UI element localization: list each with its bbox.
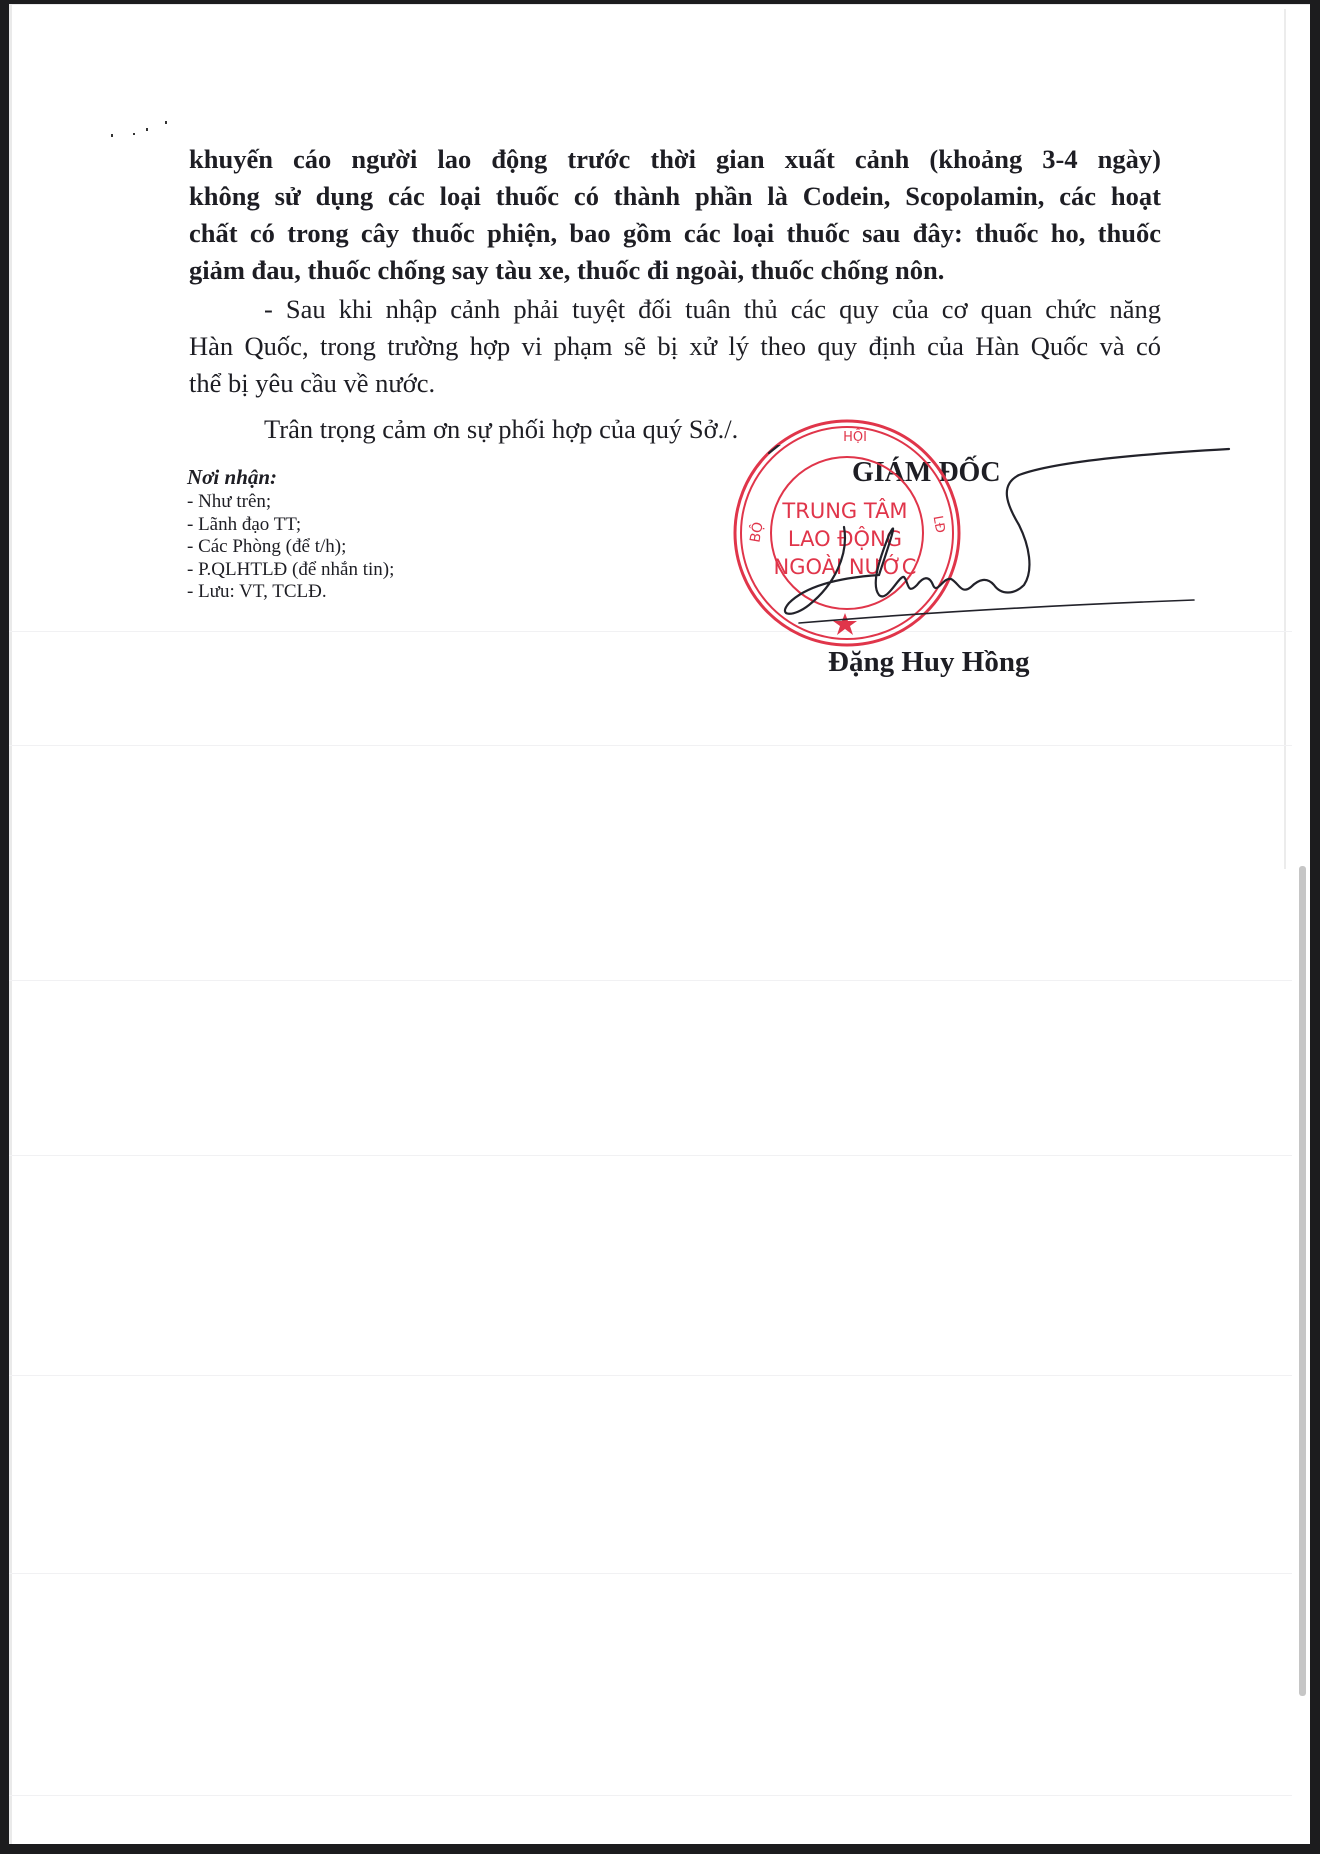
scan-edge [1284,9,1286,869]
scan-artifact-line [9,745,1292,746]
scan-artifact-line [9,1155,1292,1156]
scrollbar-thumb[interactable] [1299,866,1306,1696]
closing-line: Trân trọng cảm ơn sự phối hợp của quý Sở… [264,411,738,448]
scan-artifact-line [9,980,1292,981]
signer-name: Đặng Huy Hồng [828,646,1029,679]
paragraph-line: Hàn Quốc, trong trường hợp vi phạm sẽ bị… [189,328,1161,365]
recipients-block: Nơi nhận: - Như trên; - Lãnh đạo TT; - C… [187,463,394,604]
paragraph-line: không sử dụng các loại thuốc có thành ph… [189,178,1161,215]
paragraph-line: giảm đau, thuốc chống say tàu xe, thuốc … [189,252,1161,289]
scan-specks [101,113,171,143]
paragraph-line: thể bị yêu cầu về nước. [189,365,1161,402]
bold-paragraph: khuyến cáo người lao động trước thời gia… [189,141,1161,289]
compliance-paragraph: - Sau khi nhập cảnh phải tuyệt đối tuân … [189,291,1161,402]
recipient-item: - Như trên; [187,491,394,514]
paragraph-line: - Sau khi nhập cảnh phải tuyệt đối tuân … [189,291,1161,328]
recipient-item: - Lãnh đạo TT; [187,514,394,537]
scan-artifact-line [9,1795,1292,1796]
recipient-item: - P.QLHTLĐ (để nhắn tin); [187,559,394,582]
recipient-item: - Lưu: VT, TCLĐ. [187,581,394,604]
scan-artifact-line [9,1375,1292,1376]
svg-text:HỘI: HỘI [843,429,867,445]
recipient-item: - Các Phòng (để t/h); [187,536,394,559]
scan-artifact-line [9,1573,1292,1574]
handwritten-signature-icon [739,445,1239,645]
recipients-heading: Nơi nhận: [187,463,394,491]
paragraph-line: khuyến cáo người lao động trước thời gia… [189,141,1161,178]
document-page: khuyến cáo người lao động trước thời gia… [9,4,1310,1844]
paragraph-line: chất có trong cây thuốc phiện, bao gồm c… [189,215,1161,252]
